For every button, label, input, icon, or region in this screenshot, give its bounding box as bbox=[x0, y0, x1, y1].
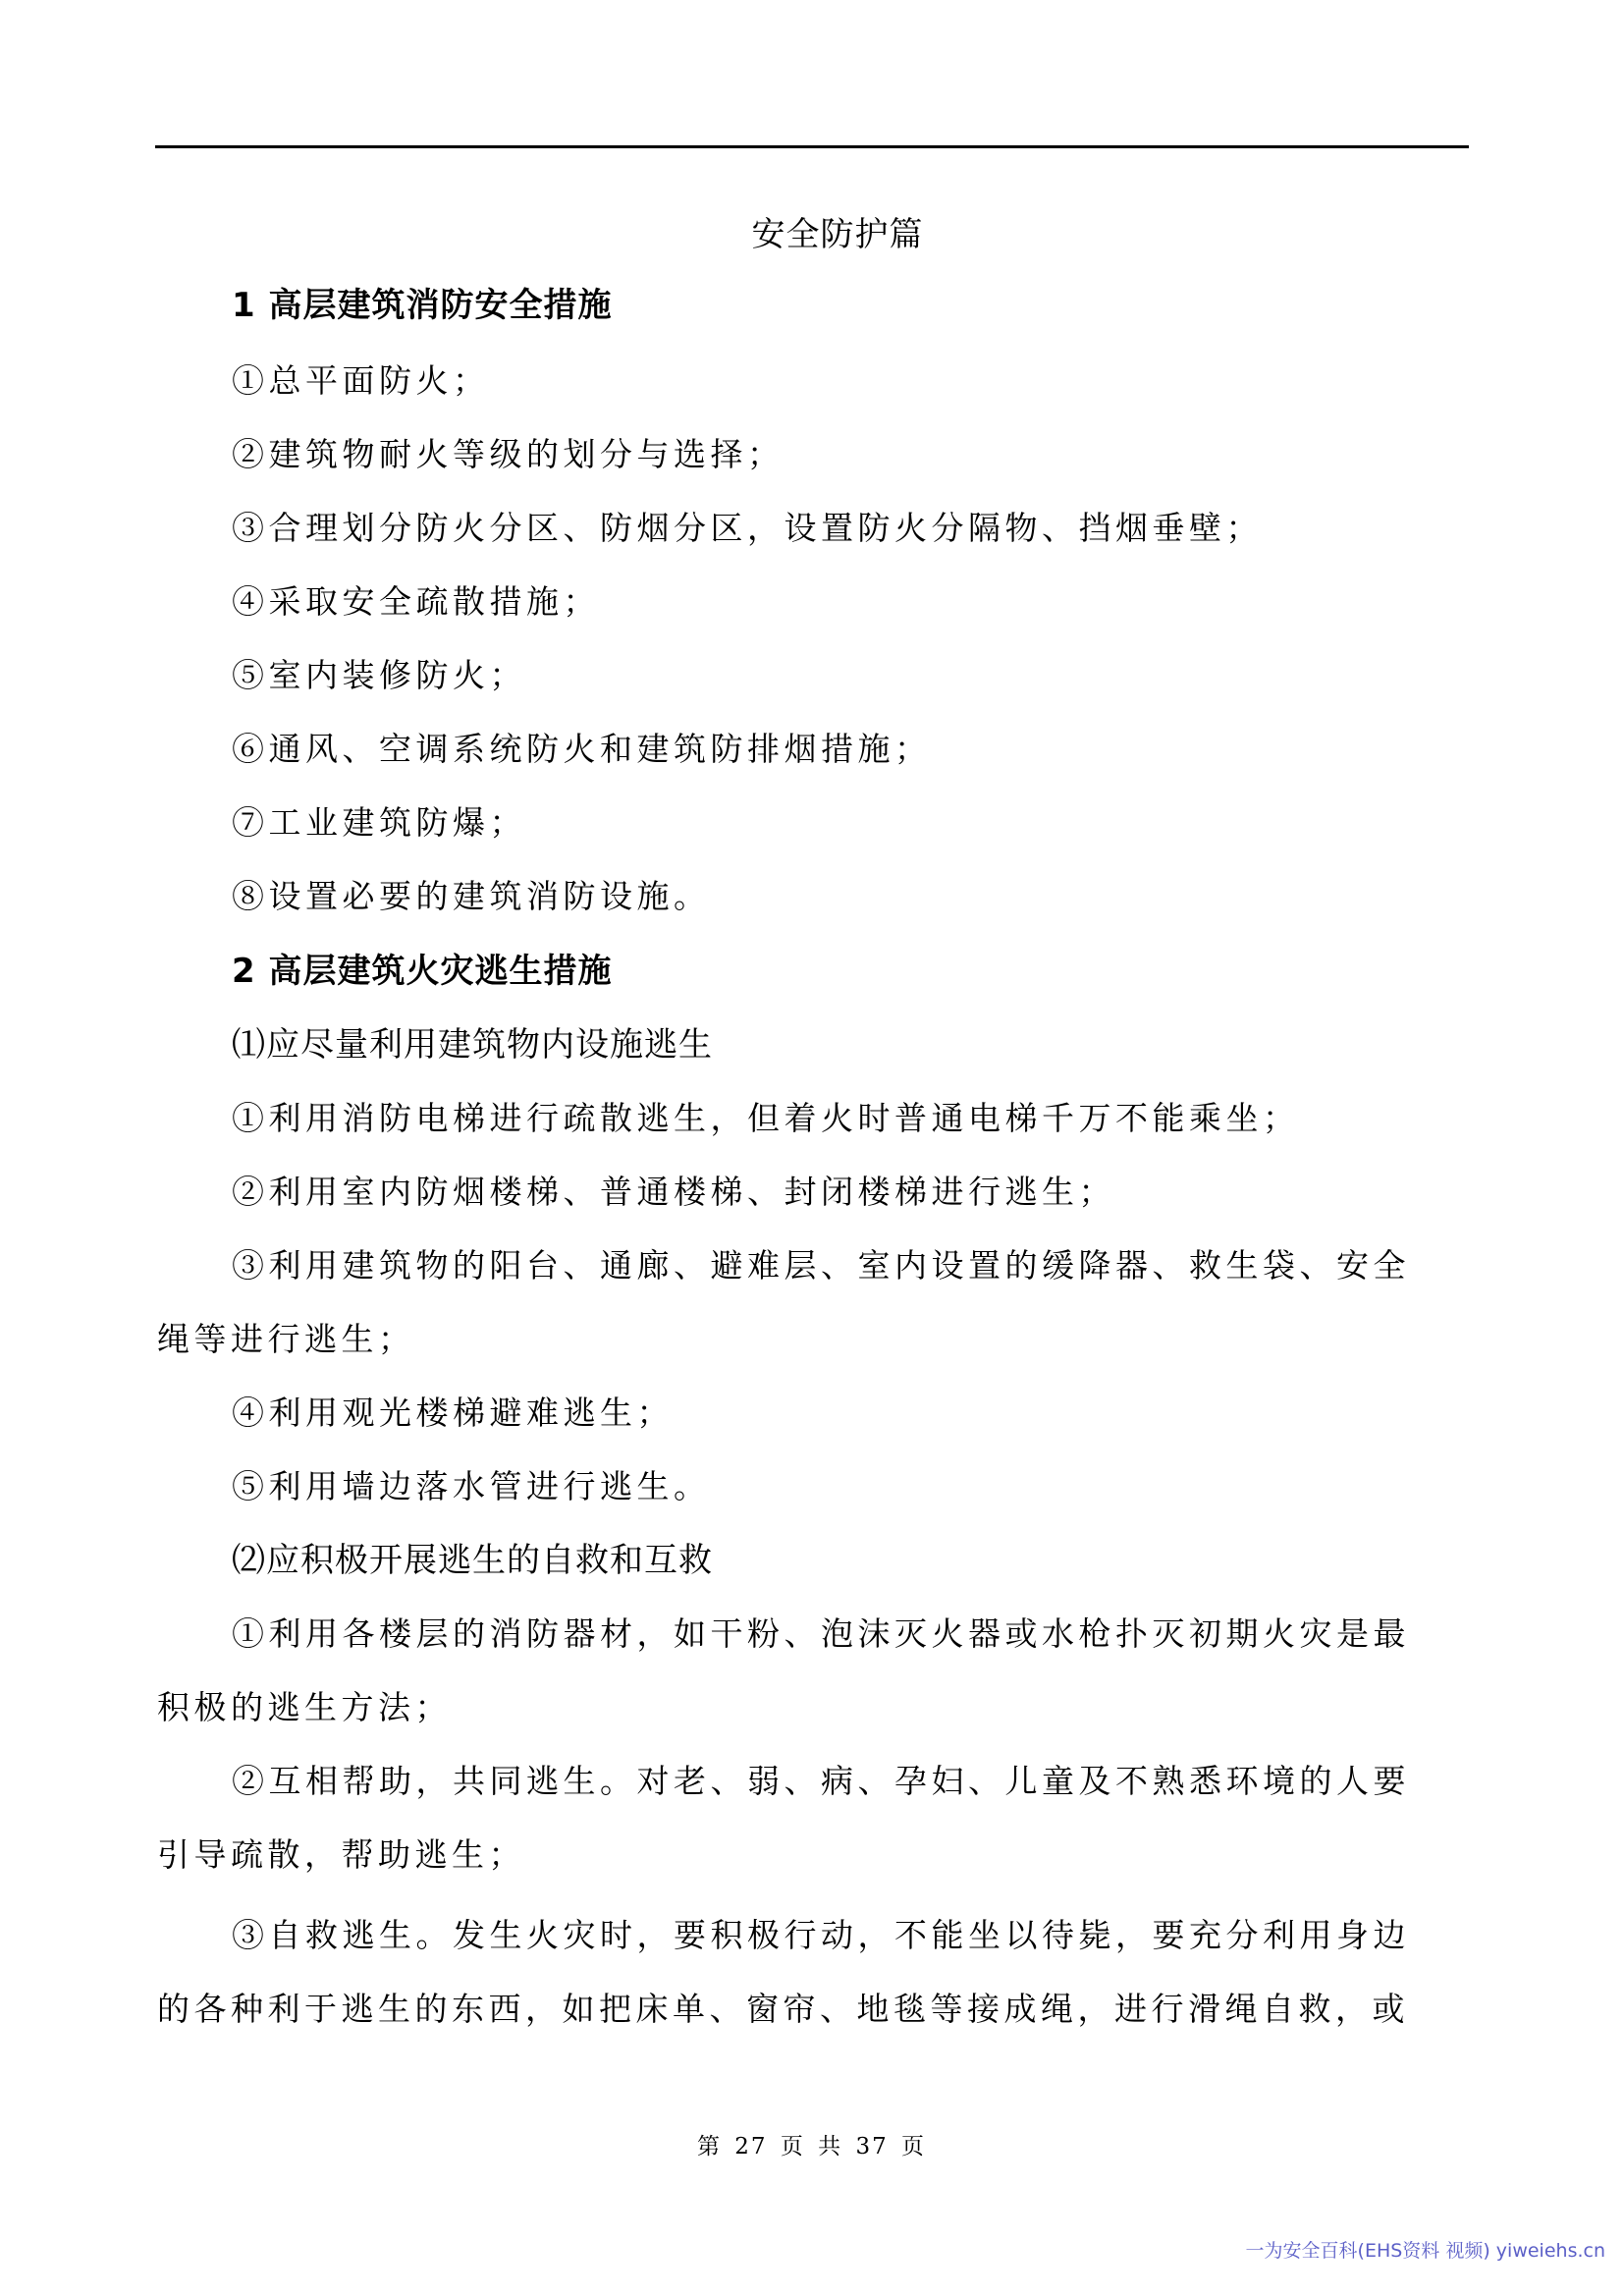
subsection-heading-1: ⑴应尽量利用建筑物内设施逃生 bbox=[232, 1020, 713, 1069]
list-item: ③合理划分防火分区、防烟分区，设置防火分隔物、挡烟垂壁； bbox=[232, 504, 1263, 553]
list-item: ⑤室内装修防火； bbox=[232, 651, 526, 700]
paragraph-line: ①利用各楼层的消防器材，如干粉、泡沫灭火器或水枪扑灭初期火灾是最 bbox=[232, 1610, 1410, 1659]
paragraph-line: ③利用建筑物的阳台、通廊、避难层、室内设置的缓降器、救生袋、安全 bbox=[232, 1241, 1410, 1290]
paragraph-line: ②互相帮助，共同逃生。对老、弱、病、孕妇、儿童及不熟悉环境的人要 bbox=[232, 1757, 1410, 1806]
page-number-footer: 第 27 页 共 37 页 bbox=[0, 2129, 1623, 2164]
paragraph-line-continuation: 绳等进行逃生； bbox=[157, 1315, 415, 1364]
paragraph-line: ①利用消防电梯进行疏散逃生，但着火时普通电梯千万不能乘坐； bbox=[232, 1094, 1300, 1143]
header-rule bbox=[155, 145, 1469, 148]
paragraph-line-continuation: 积极的逃生方法； bbox=[157, 1683, 452, 1732]
paragraph-line: ④利用观光楼梯避难逃生； bbox=[232, 1389, 674, 1438]
list-item: ②建筑物耐火等级的划分与选择； bbox=[232, 430, 784, 479]
paragraph-line: ⑤利用墙边落水管进行逃生。 bbox=[232, 1462, 711, 1511]
list-item: ⑥通风、空调系统防火和建筑防排烟措施； bbox=[232, 725, 932, 774]
paragraph-line: ③自救逃生。发生火灾时，要积极行动，不能坐以待毙，要充分利用身边 bbox=[232, 1911, 1410, 1960]
list-item: ①总平面防火； bbox=[232, 356, 490, 406]
list-item: ④采取安全疏散措施； bbox=[232, 577, 600, 627]
section-heading-1: 1 高层建筑消防安全措施 bbox=[232, 281, 613, 330]
subsection-heading-2: ⑵应积极开展逃生的自救和互救 bbox=[232, 1536, 713, 1585]
section-heading-2: 2 高层建筑火灾逃生措施 bbox=[232, 947, 613, 996]
list-item: ⑧设置必要的建筑消防设施。 bbox=[232, 872, 711, 921]
list-item: ⑦工业建筑防爆； bbox=[232, 798, 526, 847]
paragraph-line: ②利用室内防烟楼梯、普通楼梯、封闭楼梯进行逃生； bbox=[232, 1168, 1115, 1217]
paragraph-line-continuation: 的各种利于逃生的东西，如把床单、窗帘、地毯等接成绳，进行滑绳自救，或 bbox=[157, 1985, 1409, 2034]
page-title: 安全防护篇 bbox=[0, 210, 1623, 259]
watermark-link[interactable]: 一为安全百科(EHS资料 视频) yiweiehs.cn bbox=[1246, 2237, 1605, 2265]
paragraph-line-continuation: 引导疏散，帮助逃生； bbox=[157, 1831, 525, 1880]
